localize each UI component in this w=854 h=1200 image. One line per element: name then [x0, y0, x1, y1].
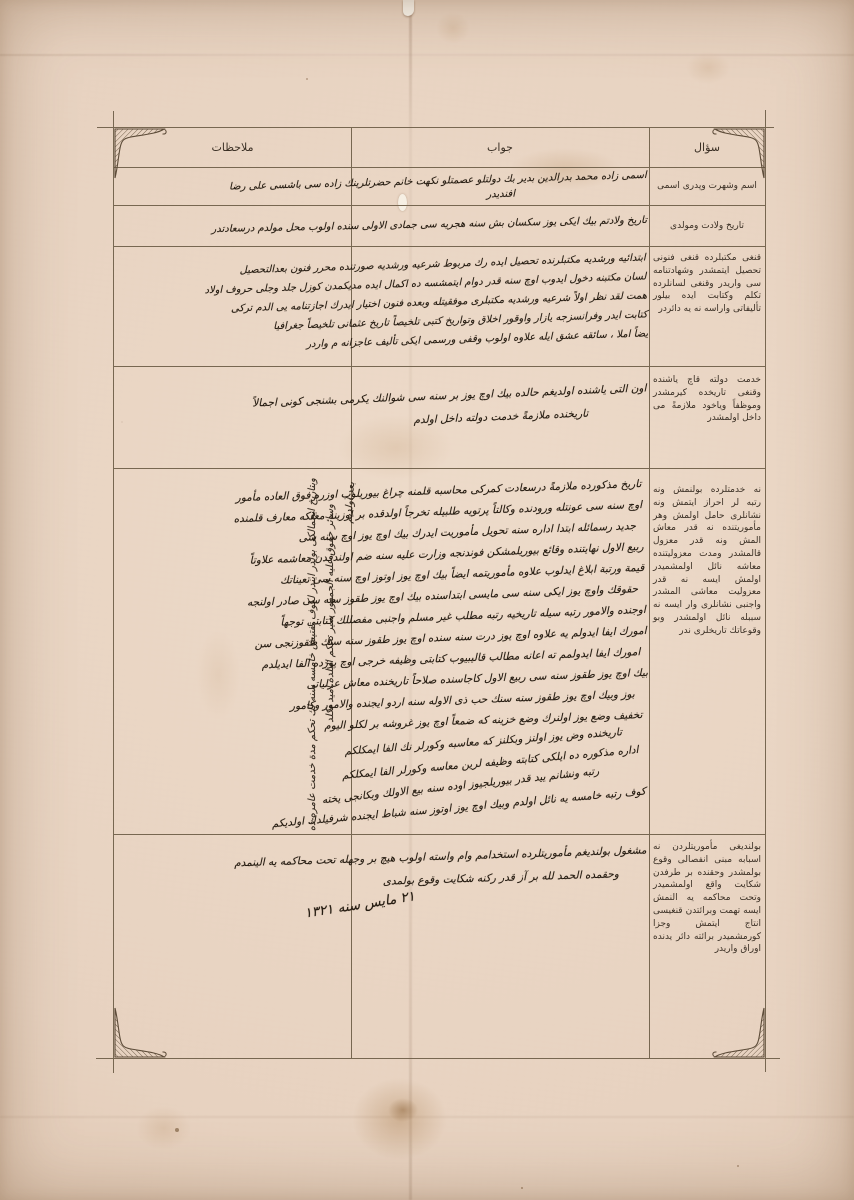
border-crop-mark [96, 1058, 114, 1059]
border-crop-mark [765, 1058, 780, 1059]
row-divider [114, 834, 765, 835]
margin-note-rotated: وبتاريخ ايجمالكى بولدر ايندر لكوف تفتيش … [304, 478, 360, 828]
answer-handwriting-dismissals: مشغول بولنديغم مأموريتلرده استخدامم وام … [353, 839, 647, 894]
answer-handwriting-name: اسمى زاده محمد بدرالدين بدير بك دولتلو ع… [354, 168, 648, 206]
column-header-answer: جواب [351, 128, 649, 167]
answer-handwriting-entry-service: اون التى ياشنده اولديغم حالده بيك اوچ يو… [353, 377, 648, 434]
answer-handwriting-birth: تاريخ ولادتم بيك ايكى يوز سكسان بش سنه ه… [354, 213, 647, 234]
answer-handwriting-services-ranks: تاريخ مذكورده ملازمةً درسعادت كمركى محاس… [348, 474, 653, 820]
corner-ornament-icon [711, 1004, 765, 1058]
question-cell-education: قنغى مكتبلرده قنغى فنونى تحصيل ايتمشدر و… [653, 252, 761, 316]
stain [388, 1098, 418, 1122]
row-divider [114, 246, 765, 247]
row-divider [114, 468, 765, 469]
column-divider-answer-question [649, 128, 650, 1058]
column-header-question: سؤال [649, 128, 765, 167]
handwritten-line: تاريخ ولادتم بيك ايكى يوز سكسان بش سنه ه… [354, 213, 647, 234]
handwritten-line: وبتاريخ ايجمالكى بولدر ايندر لكوف تفتيش … [304, 478, 322, 828]
stain [436, 12, 470, 44]
question-cell-services-ranks: نه خدمتلرده بولنمش ونه رتبه لر احراز ايت… [653, 484, 761, 638]
column-header-remarks: ملاحظات [114, 128, 351, 167]
row-divider [114, 366, 765, 367]
question-cell-entry-service: خدمت دولته قاچ ياشنده وقنغى تاريخده كيرم… [653, 374, 761, 425]
border-crop-mark [113, 111, 114, 128]
border-crop-mark [765, 127, 774, 128]
question-cell-name: اسم وشهرت وپدرى اسمى [653, 167, 761, 205]
question-cell-birth: تاريخ ولادت ومولدى [653, 205, 761, 246]
stain [352, 1078, 447, 1160]
border-crop-mark [765, 110, 766, 128]
fold-crease-horizontal [0, 54, 854, 56]
border-crop-mark [113, 1058, 114, 1073]
corner-ornament-icon [114, 1004, 168, 1058]
border-crop-mark [97, 127, 114, 128]
fold-crease-horizontal-bottom [0, 1116, 854, 1118]
border-crop-mark [765, 1058, 766, 1072]
personnel-record-form-table: سؤال جواب ملاحظات اسم وشهرت وپدرى اسمى ت… [113, 127, 766, 1059]
ink-specks [175, 1128, 179, 1132]
question-cell-dismissals: بولنديغى مأموريتلردن نه اسبابه مبنى انفص… [653, 841, 761, 956]
stain [686, 52, 730, 84]
handwritten-line: بعد اولديم [337, 481, 361, 572]
answer-handwriting-education: ابتدائيه ورشديه مكتبلرنده تحصيل ايده رك … [353, 248, 649, 352]
document-page: سؤال جواب ملاحظات اسم وشهرت وپدرى اسمى ت… [0, 0, 854, 1200]
stain [136, 1106, 191, 1150]
paper-tear [403, 0, 414, 16]
